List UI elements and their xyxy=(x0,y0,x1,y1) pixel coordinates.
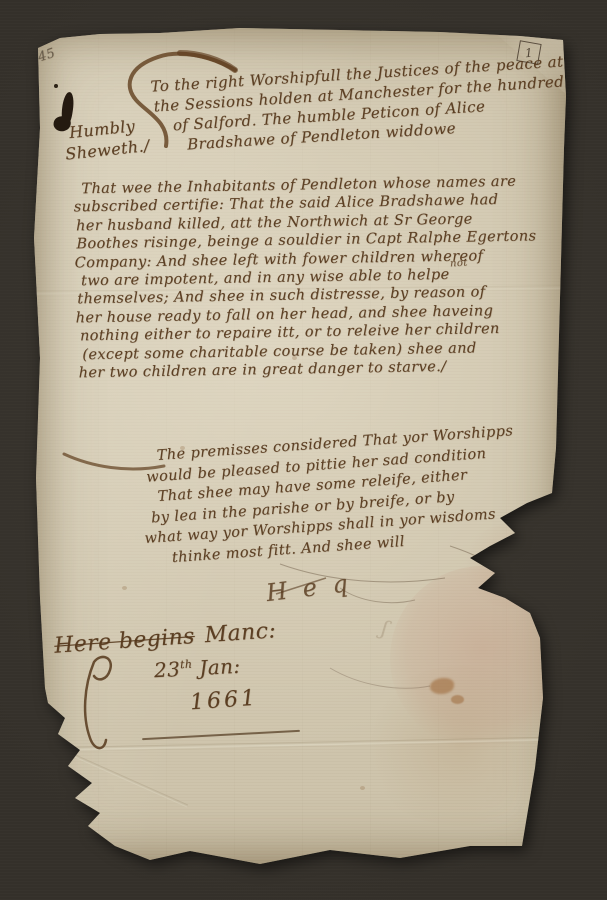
parchment-page: 45 1 To the right Worshipfull the Justic… xyxy=(30,26,570,870)
docket-date: 23th Jan: xyxy=(153,654,241,682)
foxing-dot xyxy=(122,586,127,590)
petition-prayer: The premisses considered That yor Worshi… xyxy=(138,421,521,570)
petition-body: That wee the Inhabitants of Pendleton wh… xyxy=(73,172,581,383)
date-ordinal-suffix: th xyxy=(180,658,193,672)
date-month: Jan: xyxy=(192,654,241,680)
corner-crease xyxy=(50,744,188,808)
manuscript-photo: { "scan": { "background_color": "#34302a… xyxy=(0,0,607,900)
ink-speck xyxy=(54,84,58,88)
docket-year: 1661 xyxy=(189,686,259,716)
foxing-dot xyxy=(360,786,365,790)
docket-note: Here beginsManc: xyxy=(53,618,277,658)
brown-spot-small xyxy=(451,695,464,704)
docket-monogram: H e q xyxy=(265,569,354,607)
paraph-mark xyxy=(85,657,111,748)
interlined-word: not xyxy=(450,258,468,270)
petition-heading: To the right Worshipfull the Justices of… xyxy=(136,51,580,158)
water-stain-lower xyxy=(360,666,560,826)
pencil-folio-number: 45 xyxy=(36,46,57,66)
docket-note-struck: Here begins xyxy=(53,624,195,659)
docket-underline xyxy=(142,730,300,740)
date-day: 23 xyxy=(153,657,180,682)
docket-note-rest: Manc: xyxy=(204,618,277,648)
letter-t-swash-thick xyxy=(180,53,235,70)
sidenote-humbly-sheweth: Humbly Sheweth./ xyxy=(68,114,151,164)
ink-showthrough-mark: ʃ xyxy=(379,616,390,641)
paper-sheet-wrapper: 45 1 To the right Worshipfull the Justic… xyxy=(30,26,570,870)
